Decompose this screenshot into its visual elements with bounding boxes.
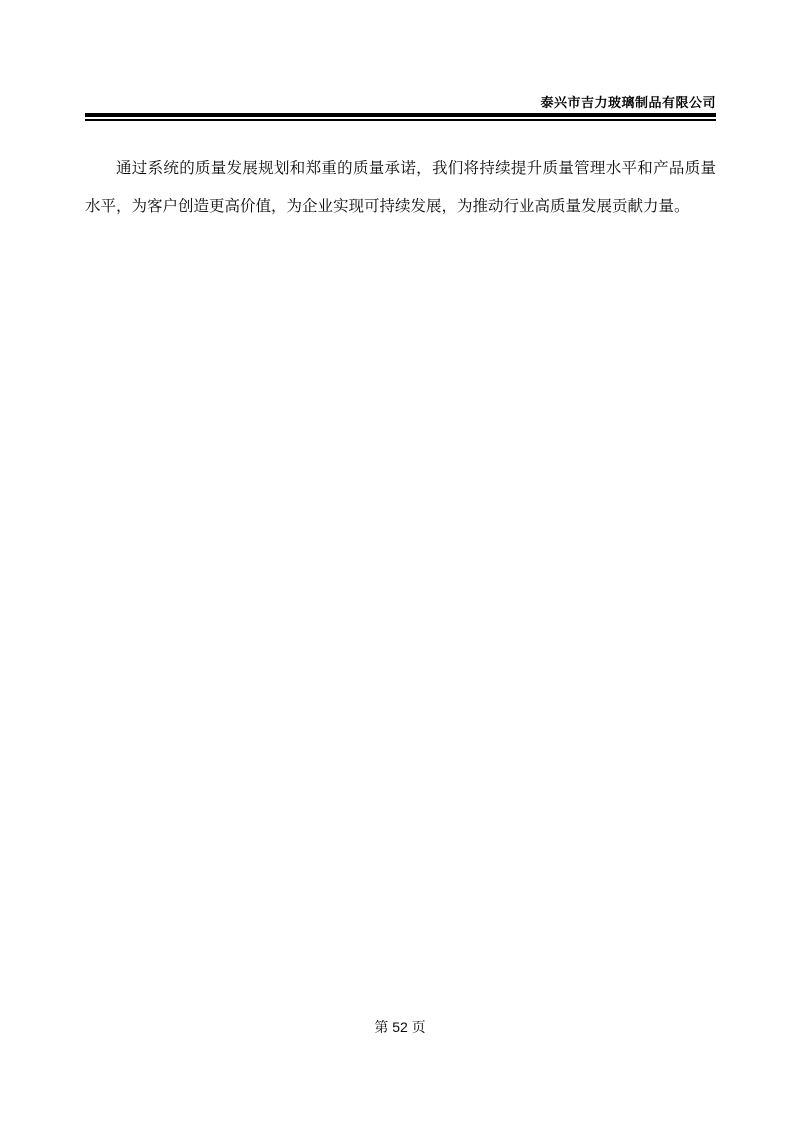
body-paragraph: 通过系统的质量发展规划和郑重的质量承诺，我们将持续提升质量管理水平和产品质量 水…	[85, 150, 716, 226]
page-number: 第 52 页	[374, 1019, 425, 1035]
page-header: 泰兴市吉力玻璃制品有限公司	[85, 94, 716, 121]
paragraph-line-2: 水平，为客户创造更高价值，为企业实现可持续发展，为推动行业高质量发展贡献力量。	[85, 188, 716, 226]
paragraph-line-1: 通过系统的质量发展规划和郑重的质量承诺，我们将持续提升质量管理水平和产品质量	[85, 150, 716, 188]
company-name: 泰兴市吉力玻璃制品有限公司	[85, 94, 716, 111]
document-page: 泰兴市吉力玻璃制品有限公司 通过系统的质量发展规划和郑重的质量承诺，我们将持续提…	[0, 0, 800, 1131]
page-footer: 第 52 页	[0, 1017, 800, 1037]
page-body: 通过系统的质量发展规划和郑重的质量承诺，我们将持续提升质量管理水平和产品质量 水…	[85, 150, 716, 226]
header-double-rule	[85, 113, 716, 121]
